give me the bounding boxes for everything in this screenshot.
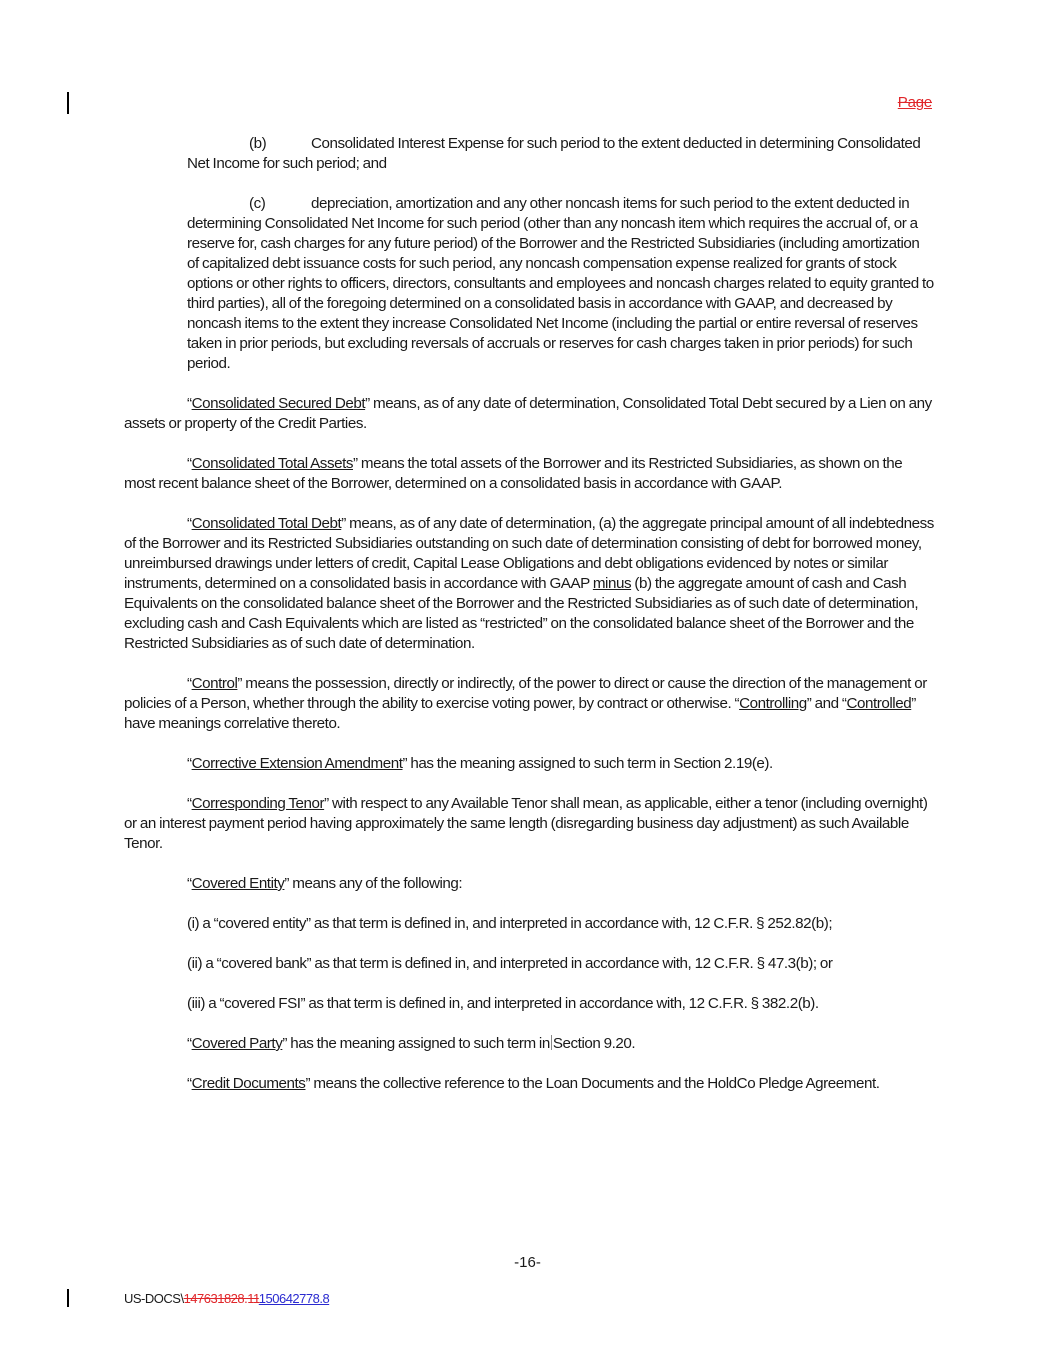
doc-id-prefix: US-DOCS\: [124, 1291, 184, 1306]
defined-term: Controlling: [739, 695, 807, 712]
covered-entity-item: (i) a “covered entity” as that term is d…: [124, 914, 934, 934]
change-bar-bottom: [67, 1289, 69, 1307]
definition-consolidated-secured-debt: “Consolidated Secured Debt” means, as of…: [124, 394, 934, 434]
clause-c-label: (c): [249, 194, 311, 214]
clause-b-label: (b): [249, 134, 311, 154]
definition-consolidated-total-assets: “Consolidated Total Assets” means the to…: [124, 454, 934, 494]
document-body: (b)Consolidated Interest Expense for suc…: [124, 134, 934, 1114]
definition-corrective-extension-amendment: “Corrective Extension Amendment” has the…: [124, 754, 934, 774]
defined-term: Corresponding Tenor: [192, 795, 325, 812]
clause-c-text: depreciation, amortization and any other…: [187, 195, 934, 372]
page-number: -16-: [0, 1254, 1055, 1271]
definition-covered-entity: “Covered Entity” means any of the follow…: [124, 874, 934, 894]
document-id: US-DOCS\147631828.11150642778.8: [124, 1291, 329, 1306]
defined-term: Covered Party: [192, 1035, 283, 1052]
definition-corresponding-tenor: “Corresponding Tenor” with respect to an…: [124, 794, 934, 854]
covered-entity-item: (iii) a “covered FSI” as that term is de…: [124, 994, 934, 1014]
clause-c: (c)depreciation, amortization and any ot…: [124, 194, 934, 374]
document-page: Page (b)Consolidated Interest Expense fo…: [0, 0, 1055, 1365]
definition-credit-documents: “Credit Documents” means the collective …: [124, 1074, 934, 1094]
doc-id-inserted: 150642778.8: [259, 1291, 329, 1306]
defined-term: Corrective Extension Amendment: [192, 755, 403, 772]
definition-control: “Control” means the possession, directly…: [124, 674, 934, 734]
covered-entity-item: (ii) a “covered bank” as that term is de…: [124, 954, 934, 974]
minus-term: minus: [593, 575, 631, 592]
doc-id-deleted: 147631828.11: [184, 1291, 259, 1306]
defined-term: Credit Documents: [192, 1075, 306, 1092]
change-bar-top: [67, 92, 69, 114]
defined-term: Consolidated Total Debt: [192, 515, 342, 532]
defined-term: Consolidated Total Assets: [192, 455, 353, 472]
text-cursor: [551, 1035, 552, 1050]
defined-term: Control: [192, 675, 238, 692]
definition-covered-party: “Covered Party” has the meaning assigned…: [124, 1034, 934, 1054]
header-page-label: Page: [898, 94, 932, 111]
defined-term: Covered Entity: [192, 875, 285, 892]
defined-term: Consolidated Secured Debt: [192, 395, 366, 412]
definition-consolidated-total-debt: “Consolidated Total Debt” means, as of a…: [124, 514, 934, 654]
defined-term: Controlled: [847, 695, 912, 712]
clause-b: (b)Consolidated Interest Expense for suc…: [124, 134, 934, 174]
